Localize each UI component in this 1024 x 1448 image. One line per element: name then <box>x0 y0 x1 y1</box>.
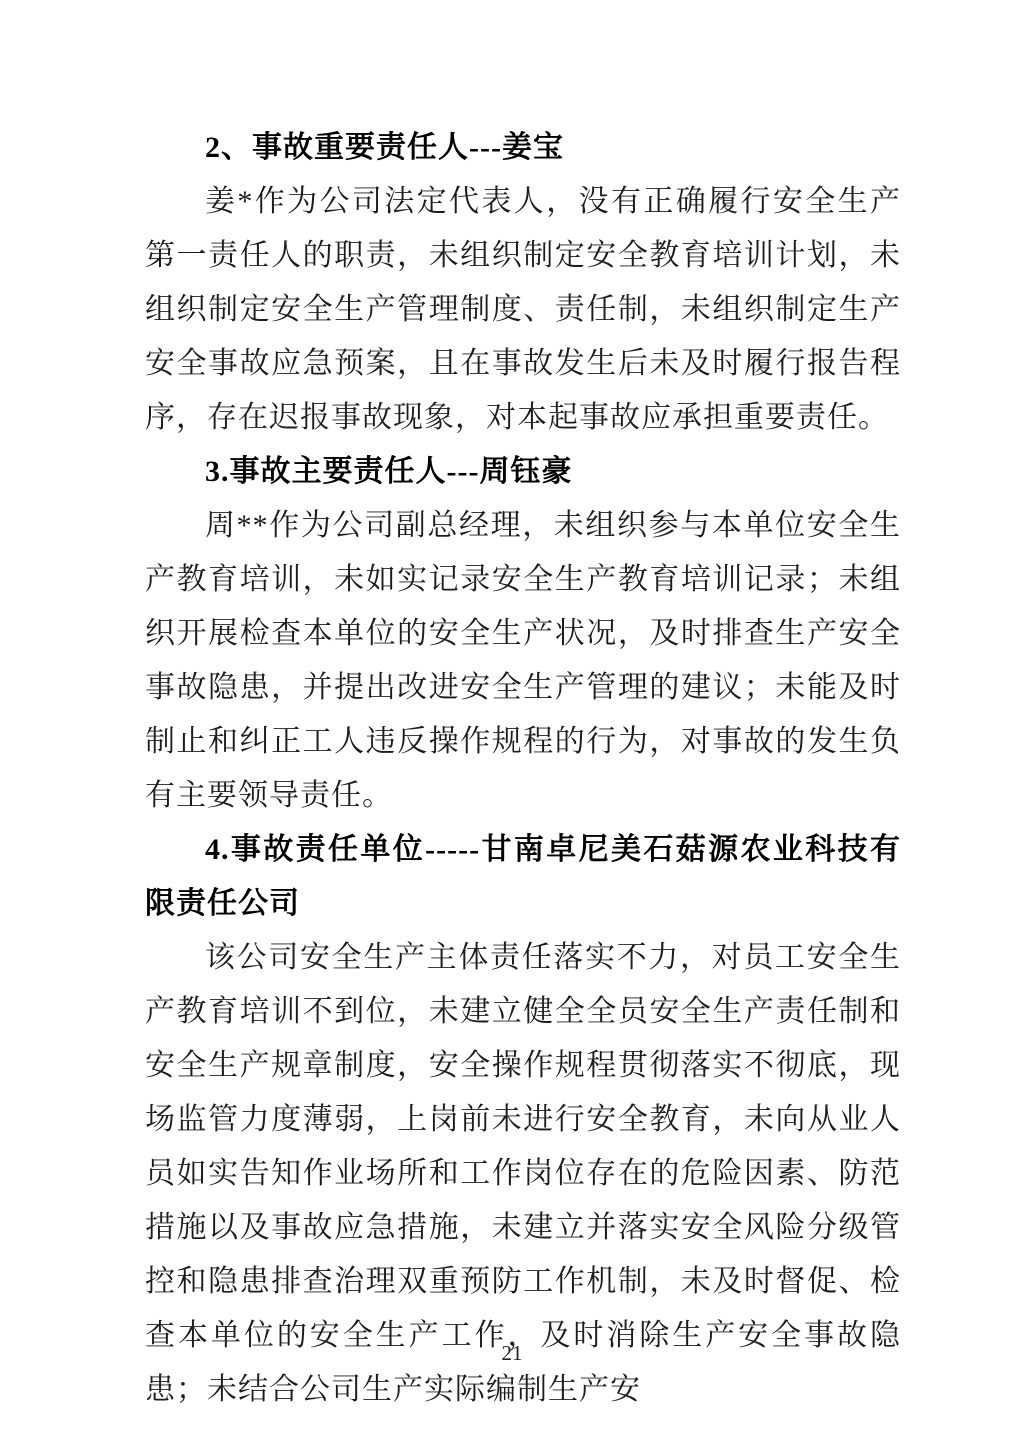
document-page: 2、事故重要责任人---姜宝姜*作为公司法定代表人，没有正确履行安全生产第一责任… <box>0 0 1024 1448</box>
section-heading: 2、事故重要责任人---姜宝 <box>145 121 901 175</box>
page-number: 21 <box>0 1340 1024 1366</box>
section-heading: 3.事故主要责任人---周钰豪 <box>145 445 901 499</box>
section-paragraph: 姜*作为公司法定代表人，没有正确履行安全生产第一责任人的职责，未组织制定安全教育… <box>145 175 901 445</box>
document-body: 2、事故重要责任人---姜宝姜*作为公司法定代表人，没有正确履行安全生产第一责任… <box>145 121 901 1417</box>
section-heading: 4.事故责任单位-----甘南卓尼美石菇源农业科技有限责任公司 <box>145 823 901 931</box>
section-paragraph: 周**作为公司副总经理，未组织参与本单位安全生产教育培训，未如实记录安全生产教育… <box>145 499 901 823</box>
